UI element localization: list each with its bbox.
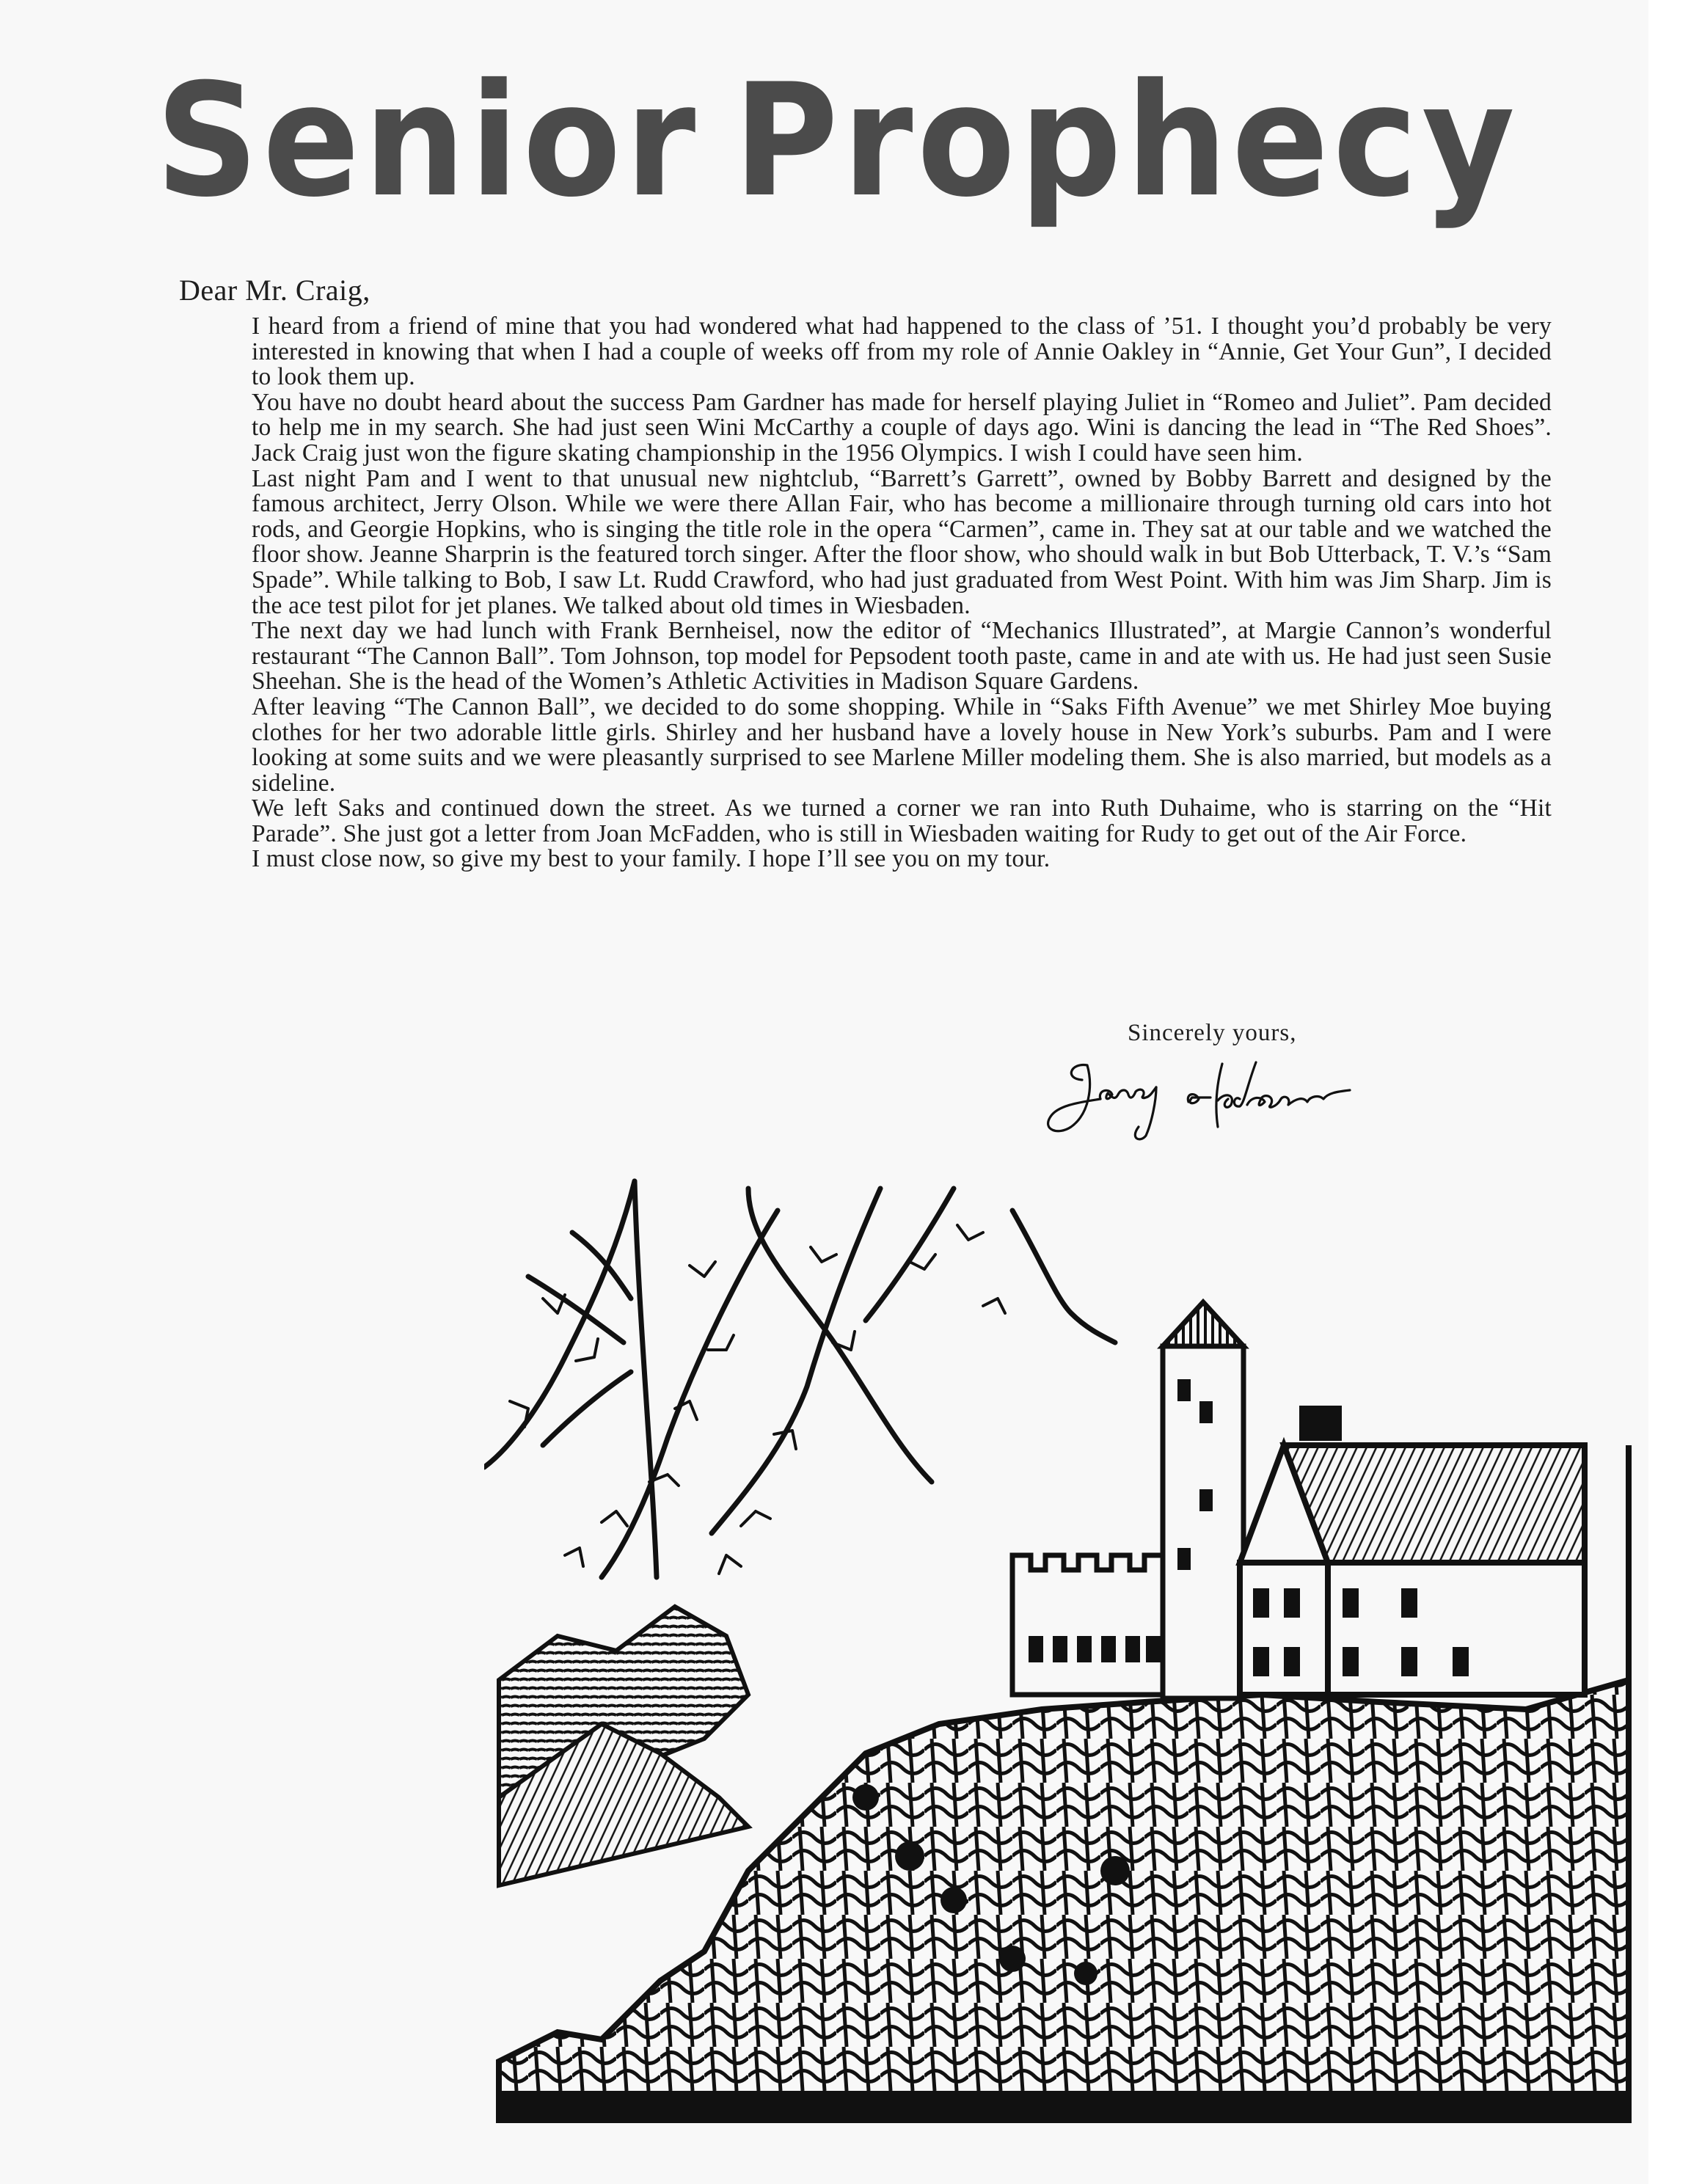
page-title: SeniorProphecy <box>156 53 1519 229</box>
title-word-senior: Senior <box>156 50 700 231</box>
letter-paragraph: I heard from a friend of mine that you h… <box>252 314 1552 390</box>
letter-paragraph: The next day we had lunch with Frank Ber… <box>252 618 1552 695</box>
title-word-prophecy: Prophecy <box>734 50 1519 231</box>
letter-body: I heard from a friend of mine that you h… <box>252 314 1552 872</box>
letter-salutation: Dear Mr. Craig, <box>179 273 370 308</box>
letter-paragraph: After leaving “The Cannon Ball”, we deci… <box>252 695 1552 796</box>
yearbook-page: SeniorProphecy Dear Mr. Craig, I heard f… <box>0 0 1648 2184</box>
letter-paragraph: I must close now, so give my best to you… <box>252 847 1552 872</box>
letter-paragraph: We left Saks and continued down the stre… <box>252 796 1552 847</box>
letter-paragraph: Last night Pam and I went to that unusua… <box>252 467 1552 619</box>
signature-janey-dodson <box>1042 1056 1438 1144</box>
letter-paragraph: You have no doubt heard about the succes… <box>252 390 1552 467</box>
letter-closing: Sincerely yours, <box>1128 1018 1296 1048</box>
woodcut-landscape-illustration <box>484 1166 1643 2150</box>
